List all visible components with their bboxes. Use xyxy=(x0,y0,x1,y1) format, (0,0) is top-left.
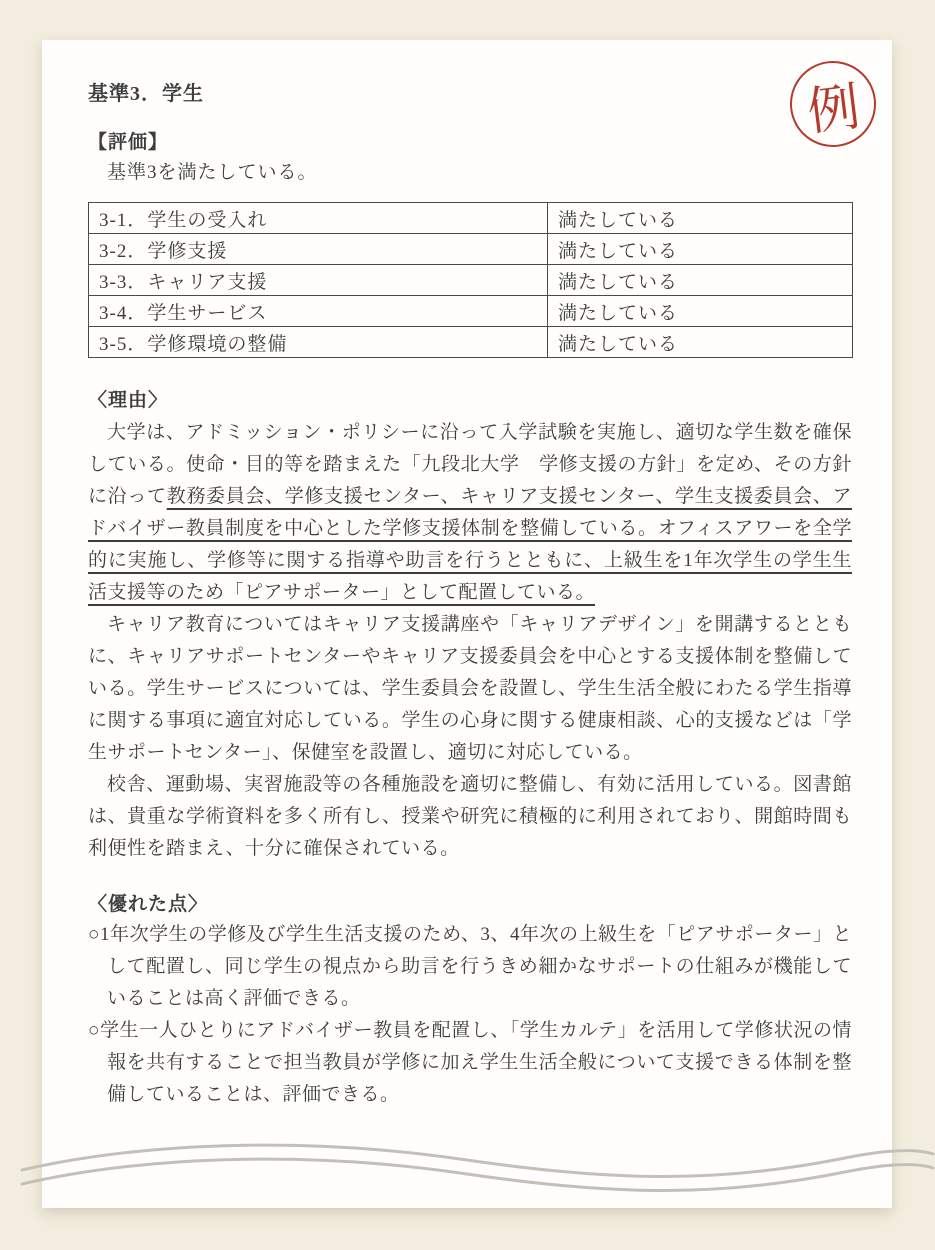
criterion-status-cell: 満たしている xyxy=(548,234,853,265)
document-background: { "stamp": { "label": "例", "color": "#b6… xyxy=(0,0,935,1250)
reason-paragraph-3: 校舎、運動場、実習施設等の各種施設を適切に整備し、有効に活用している。図書館は、… xyxy=(88,769,852,865)
criterion-status-cell: 満たしている xyxy=(548,296,853,327)
table-row: 3-5．学修環境の整備 満たしている xyxy=(89,327,853,358)
criterion-status-cell: 満たしている xyxy=(548,203,853,234)
reason-section: 〈理由〉 大学は、アドミッション・ポリシーに沿って入学試験を実施し、適切な学生数… xyxy=(88,385,852,865)
table-row: 3-3．キャリア支援 満たしている xyxy=(89,265,853,296)
criterion-item-cell: 3-3．キャリア支援 xyxy=(89,265,548,296)
merit-item: ○学生一人ひとりにアドバイザー教員を配置し、「学生カルテ」を活用して学修状況の情… xyxy=(88,1015,852,1111)
merits-section: 〈優れた点〉 ○1年次学生の学修及び学生生活支援のため、3、4年次の上級生を「ピ… xyxy=(88,889,852,1111)
table-row: 3-4．学生サービス 満たしている xyxy=(89,296,853,327)
merit-item: ○1年次学生の学修及び学生生活支援のため、3、4年次の上級生を「ピアサポーター」… xyxy=(88,919,852,1015)
criterion-item-cell: 3-1．学生の受入れ xyxy=(89,203,548,234)
table-row: 3-1．学生の受入れ 満たしている xyxy=(89,203,853,234)
merits-heading: 〈優れた点〉 xyxy=(88,889,852,916)
example-stamp-label: 例 xyxy=(803,64,864,145)
criterion-item-cell: 3-5．学修環境の整備 xyxy=(89,327,548,358)
evaluation-heading: 【評価】 xyxy=(88,127,852,154)
reason-paragraph-2: キャリア教育についてはキャリア支援講座や「キャリアデザイン」を開講するとともに、… xyxy=(88,609,852,769)
criterion-status-cell: 満たしている xyxy=(548,265,853,296)
document-page: 例 基準3．学生 【評価】 基準3を満たしている。 3-1．学生の受入れ 満たし… xyxy=(42,40,892,1208)
reason-heading: 〈理由〉 xyxy=(88,385,852,412)
reason-paragraph-1: 大学は、アドミッション・ポリシーに沿って入学試験を実施し、適切な学生数を確保して… xyxy=(88,417,852,609)
criterion-status-cell: 満たしている xyxy=(548,327,853,358)
criterion-item-cell: 3-4．学生サービス xyxy=(89,296,548,327)
criteria-table: 3-1．学生の受入れ 満たしている 3-2．学修支援 満たしている 3-3．キャ… xyxy=(88,202,853,358)
evaluation-summary: 基準3を満たしている。 xyxy=(88,159,852,187)
page-title: 基準3．学生 xyxy=(88,82,852,106)
table-row: 3-2．学修支援 満たしている xyxy=(89,234,853,265)
evaluation-section: 【評価】 基準3を満たしている。 xyxy=(88,127,852,187)
criterion-item-cell: 3-2．学修支援 xyxy=(89,234,548,265)
reason-paragraph-1-underlined: 教務委員会、学修支援センター、キャリア支援センター、学生支援委員会、アドバイザー… xyxy=(88,486,852,603)
